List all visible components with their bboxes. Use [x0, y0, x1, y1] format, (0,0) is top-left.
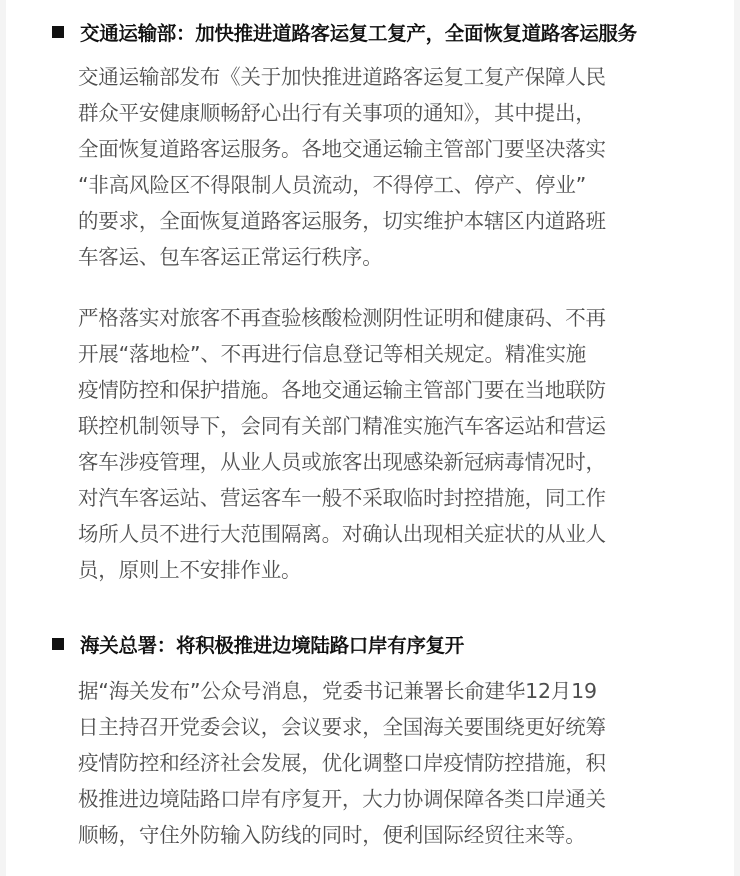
paragraph: 据“海关发布”公众号消息，党委书记兼署长俞建华12月19 日主持召开党委会议，会…	[78, 673, 668, 853]
text-line: 员，原则上不安排作业。	[78, 552, 668, 588]
text-line: 的要求，全面恢复道路客运服务，切实维护本辖区内道路班	[78, 203, 668, 239]
text-line: 对汽车客运站、营运客车一般不采取临时封控措施，同工作	[78, 480, 668, 516]
square-bullet-icon	[52, 638, 64, 650]
text-line: 联控机制领导下，会同有关部门精准实施汽车客运站和营运	[78, 408, 668, 444]
text-line: 疫情防控和保护措施。各地交通运输主管部门要在当地联防	[78, 372, 668, 408]
heading-text: 交通运输部：加快推进道路客运复工复产，全面恢复道路客运服务	[80, 18, 637, 46]
text-line: 车客运、包车客运正常运行秩序。	[78, 239, 668, 275]
section-heading: 海关总署：将积极推进边境陆路口岸有序复开	[52, 630, 464, 658]
text-line: 日主持召开党委会议，会议要求，全国海关要围绕更好统筹	[78, 709, 668, 745]
text-line: 顺畅，守住外防输入防线的同时，便利国际经贸往来等。	[78, 817, 668, 853]
text-line: 客车涉疫管理，从业人员或旅客出现感染新冠病毒情况时，	[78, 444, 668, 480]
square-bullet-icon	[52, 26, 64, 38]
text-line: 疫情防控和经济社会发展，优化调整口岸疫情防控措施，积	[78, 745, 668, 781]
paragraph: 严格落实对旅客不再查验核酸检测阴性证明和健康码、不再 开展“落地检”、不再进行信…	[78, 300, 668, 588]
heading-text: 海关总署：将积极推进边境陆路口岸有序复开	[80, 630, 464, 658]
text-line: 交通运输部发布《关于加快推进道路客运复工复产保障人民	[78, 59, 668, 95]
text-line: “非高风险区不得限制人员流动，不得停工、停产、停业”	[78, 167, 668, 203]
text-line: 全面恢复道路客运服务。各地交通运输主管部门要坚决落实	[78, 131, 668, 167]
text-line: 严格落实对旅客不再查验核酸检测阴性证明和健康码、不再	[78, 300, 668, 336]
text-line: 极推进边境陆路口岸有序复开，大力协调保障各类口岸通关	[78, 781, 668, 817]
text-line: 场所人员不进行大范围隔离。对确认出现相关症状的从业人	[78, 516, 668, 552]
text-line: 群众平安健康顺畅舒心出行有关事项的通知》，其中提出，	[78, 95, 668, 131]
section-heading: 交通运输部：加快推进道路客运复工复产，全面恢复道路客运服务	[52, 18, 637, 46]
text-line: 开展“落地检”、不再进行信息登记等相关规定。精准实施	[78, 336, 668, 372]
paragraph: 交通运输部发布《关于加快推进道路客运复工复产保障人民 群众平安健康顺畅舒心出行有…	[78, 59, 668, 275]
text-line: 据“海关发布”公众号消息，党委书记兼署长俞建华12月19	[78, 673, 668, 709]
